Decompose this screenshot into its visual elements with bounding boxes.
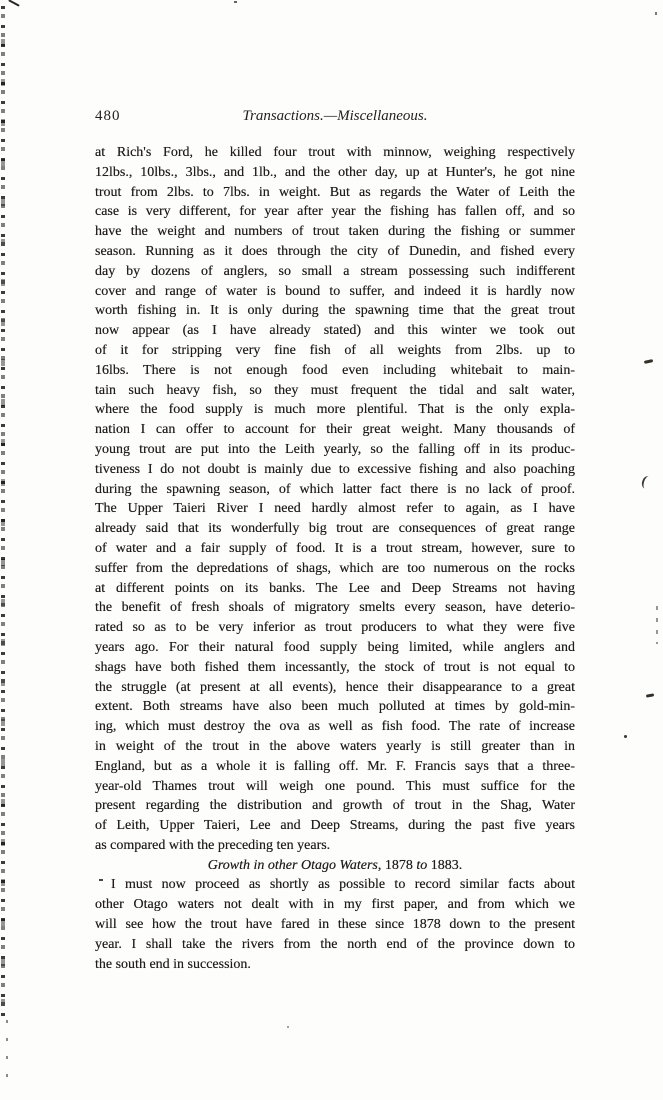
text-line: I must now proceed as shortly as possibl… xyxy=(95,875,575,895)
scan-artifact xyxy=(646,693,654,697)
text-line: nation I can offer to account for their … xyxy=(95,420,575,440)
scan-artifact xyxy=(8,0,20,7)
scan-artifact xyxy=(234,1,237,3)
paragraph: I must now proceed as shortly as possibl… xyxy=(95,875,575,974)
text-line: rated so as to be very inferior as trout… xyxy=(95,618,575,638)
scanned-book-page: 480 Transactions.—Miscellaneous. at Rich… xyxy=(0,0,663,1100)
text-line: where the food supply is much more plent… xyxy=(95,400,575,420)
scan-artifact xyxy=(287,1026,289,1028)
section-heading: Growth in other Otago Waters, 1878 to 18… xyxy=(95,856,575,876)
text-line: case is very different, for year after y… xyxy=(95,202,575,222)
text-line: of water and a fair supply of food. It i… xyxy=(95,539,575,559)
text-line: the south end in succession. xyxy=(95,955,575,975)
text-line: year-old Thames trout will weigh one pou… xyxy=(95,777,575,797)
binding-edge-artifact xyxy=(1,6,5,1016)
scan-artifact xyxy=(640,475,654,490)
section-heading-segment: , 1878 xyxy=(378,858,417,873)
text-line: other Otago waters not dealt with in my … xyxy=(95,895,575,915)
text-line: day by dozens of anglers, so small a str… xyxy=(95,262,575,282)
text-line: in weight of the trout in the above wate… xyxy=(95,737,575,757)
text-line: during the spawning season, of which lat… xyxy=(95,480,575,500)
text-line: season. Running as it does through the c… xyxy=(95,242,575,262)
page-number: 480 xyxy=(95,107,121,125)
text-line: young trout are put into the Leith yearl… xyxy=(95,440,575,460)
text-line: shags have both fished them incessantly,… xyxy=(95,658,575,678)
text-line: 16lbs. There is not enough food even inc… xyxy=(95,361,575,381)
section-heading-segment: 1883. xyxy=(427,858,462,873)
text-line: year. I shall take the rivers from the n… xyxy=(95,935,575,955)
text-line: England, but as a whole it is falling of… xyxy=(95,757,575,777)
text-line: at Rich's Ford, he killed four trout wit… xyxy=(95,143,575,163)
text-line: years ago. For their natural food supply… xyxy=(95,638,575,658)
text-line: at different points on its banks. The Le… xyxy=(95,579,575,599)
text-line: tiveness I do not doubt is mainly due to… xyxy=(95,460,575,480)
text-line: tain such heavy fish, so they must frequ… xyxy=(95,381,575,401)
section-heading-segment: to xyxy=(416,858,427,873)
text-line: will see how the trout have fared in the… xyxy=(95,915,575,935)
text-line: 12lbs., 10lbs., 3lbs., and 1lb., and the… xyxy=(95,163,575,183)
section-heading-segment: Growth in other Otago Waters xyxy=(208,858,378,873)
text-line: the benefit of fresh shoals of migratory… xyxy=(95,598,575,618)
text-line: of it for stripping very fine fish of al… xyxy=(95,341,575,361)
text-line: ing, which must destroy the ova as well … xyxy=(95,717,575,737)
text-line: the struggle (at present at all events),… xyxy=(95,678,575,698)
scan-artifact xyxy=(644,359,653,363)
scan-artifact xyxy=(655,12,657,15)
text-line: as compared with the preceding ten years… xyxy=(95,836,575,856)
text-line: trout from 2lbs. to 7lbs. in weight. But… xyxy=(95,183,575,203)
paragraph-continuation: at Rich's Ford, he killed four trout wit… xyxy=(95,143,575,856)
text-line: now appear (as I have already stated) an… xyxy=(95,321,575,341)
running-head: Transactions.—Miscellaneous. xyxy=(95,107,575,125)
text-line: cover and range of water is bound to suf… xyxy=(95,282,575,302)
binding-edge-artifact xyxy=(6,1020,8,1080)
text-line: present regarding the distribution and g… xyxy=(95,796,575,816)
text-line: suffer from the depredations of shags, w… xyxy=(95,559,575,579)
text-line: The Upper Taieri River I need hardly alm… xyxy=(95,499,575,519)
text-line: already said that its wonderfully big tr… xyxy=(95,519,575,539)
text-line: have the weight and numbers of trout tak… xyxy=(95,222,575,242)
scan-artifact xyxy=(624,735,627,738)
text-line: worth fishing in. It is only during the … xyxy=(95,301,575,321)
text-line: extent. Both streams have also been much… xyxy=(95,697,575,717)
text-line: of Leith, Upper Taieri, Lee and Deep Str… xyxy=(95,816,575,836)
scan-artifact xyxy=(656,606,658,644)
body-text: at Rich's Ford, he killed four trout wit… xyxy=(95,143,575,974)
page-header: 480 Transactions.—Miscellaneous. xyxy=(95,107,575,127)
